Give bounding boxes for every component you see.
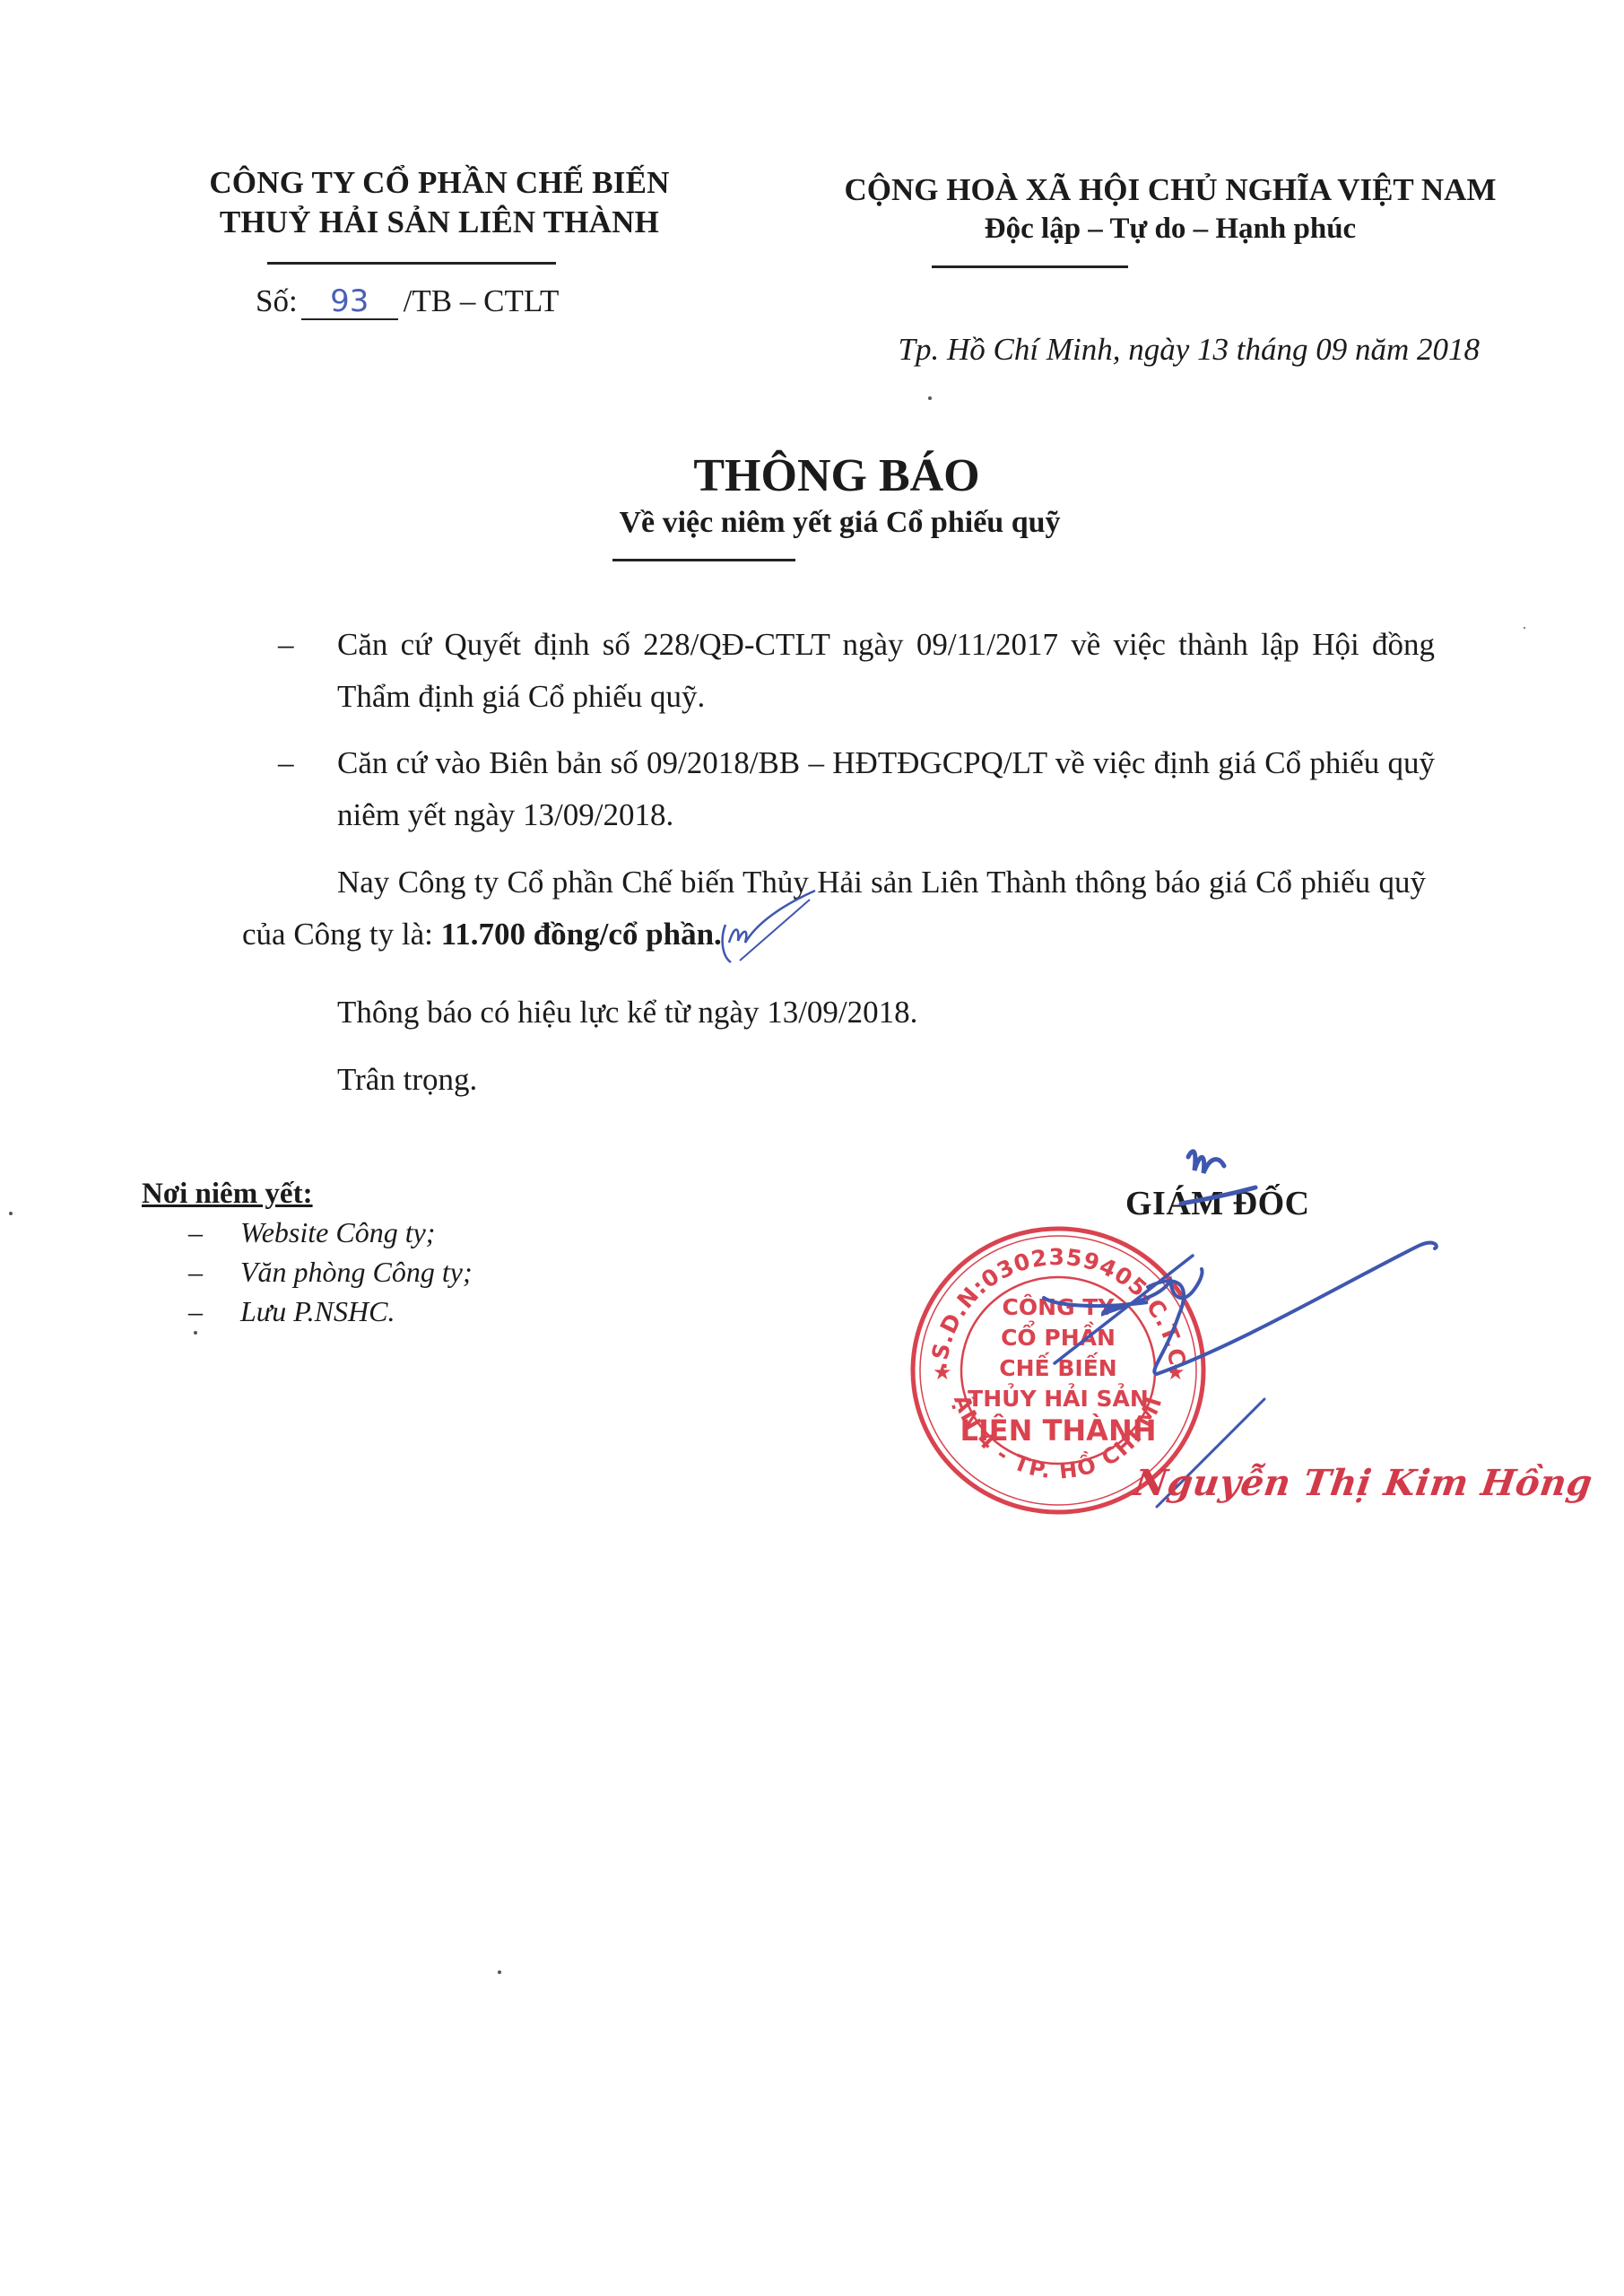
- closing: Trân trọng.: [337, 1054, 477, 1106]
- document-subtitle: Về việc niêm yết giá Cổ phiếu quỹ: [0, 504, 1624, 542]
- recipient-item: – Văn phòng Công ty;: [142, 1252, 473, 1291]
- title-divider: [612, 559, 795, 561]
- title-block: THÔNG BÁO Về việc niêm yết giá Cổ phiếu …: [0, 448, 1624, 542]
- company-name-line-2: THUỶ HẢI SẢN LIÊN THÀNH: [152, 203, 726, 242]
- motto-divider: [932, 265, 1128, 268]
- svg-text:★: ★: [933, 1360, 952, 1385]
- announcement-paragraph: Nay Công ty Cổ phần Chế biến Thủy Hải sả…: [242, 857, 1426, 962]
- recipient-text: Văn phòng Công ty;: [240, 1256, 473, 1288]
- recipient-dash: –: [188, 1213, 203, 1252]
- basis-item: – Căn cứ vào Biên bản số 09/2018/BB – HĐ…: [278, 737, 1435, 841]
- doc-number-handwritten: 93: [330, 283, 369, 319]
- recipient-text: Lưu P.NSHC.: [240, 1295, 395, 1327]
- signer-name: Nguyễn Thị Kim Hồng: [1132, 1462, 1595, 1504]
- doc-number-suffix: /TB – CTLT: [404, 283, 560, 318]
- initials-mark: [722, 909, 829, 962]
- recipient-item: – Website Công ty;: [142, 1213, 473, 1252]
- nation-name: CỘNG HOÀ XÃ HỘI CHỦ NGHĨA VIỆT NAM: [789, 170, 1551, 210]
- recipients-heading: Nơi niêm yết:: [142, 1175, 473, 1213]
- company-header: CÔNG TY CỔ PHẦN CHẾ BIẾN THUỶ HẢI SẢN LI…: [152, 163, 726, 242]
- doc-number-label: Số:: [256, 283, 298, 318]
- national-header: CỘNG HOÀ XÃ HỘI CHỦ NGHĨA VIỆT NAM Độc l…: [789, 170, 1551, 248]
- basis-item: – Căn cứ Quyết định số 228/QĐ-CTLT ngày …: [278, 619, 1435, 723]
- doc-number-field: 93: [301, 284, 398, 320]
- effective-date: Thông báo có hiệu lực kể từ ngày 13/09/2…: [337, 987, 917, 1039]
- company-name-line-1: CÔNG TY CỔ PHẦN CHẾ BIẾN: [152, 163, 726, 203]
- recipient-item: – Lưu P.NSHC.: [142, 1291, 473, 1331]
- national-motto: Độc lập – Tự do – Hạnh phúc: [789, 210, 1551, 248]
- basis-text: Căn cứ vào Biên bản số 09/2018/BB – HĐTĐ…: [337, 737, 1435, 841]
- share-price: 11.700 đồng/cổ phần.: [441, 917, 722, 952]
- basis-text: Căn cứ Quyết định số 228/QĐ-CTLT ngày 09…: [337, 619, 1435, 723]
- bullet-dash: –: [278, 737, 294, 789]
- handwritten-initials-icon: [716, 889, 842, 970]
- document-number: Số:93/TB – CTLT: [256, 283, 559, 320]
- recipients-block: Nơi niêm yết: – Website Công ty; – Văn p…: [142, 1175, 473, 1331]
- company-divider: [267, 262, 556, 265]
- recipient-text: Website Công ty;: [240, 1216, 435, 1248]
- recipient-dash: –: [188, 1252, 203, 1291]
- document-title: THÔNG BÁO: [0, 448, 1624, 504]
- recipient-dash: –: [188, 1291, 203, 1331]
- place-date: Tp. Hồ Chí Minh, ngày 13 tháng 09 năm 20…: [825, 332, 1533, 368]
- bullet-dash: –: [278, 619, 294, 671]
